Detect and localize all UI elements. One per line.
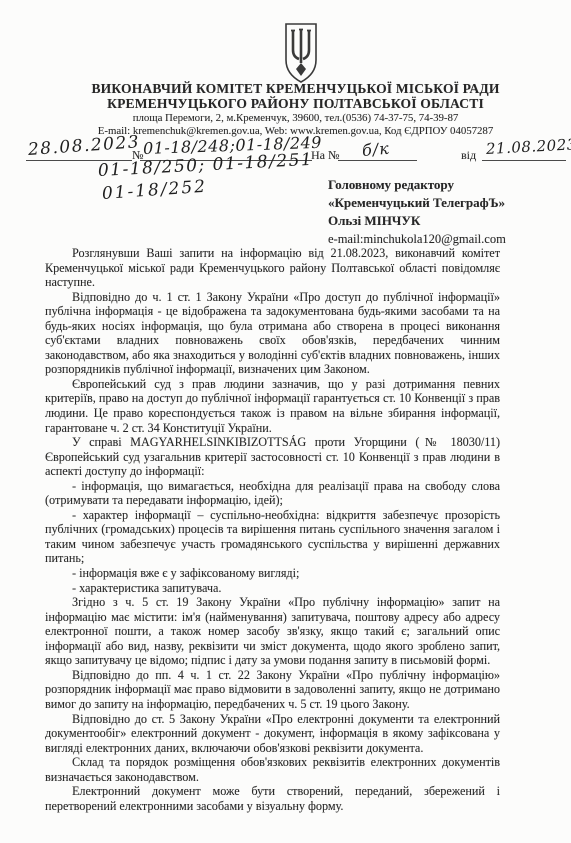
ukraine-trident-emblem-icon: [284, 22, 318, 84]
blank-underline: [338, 160, 417, 161]
org-name-line2: КРЕМЕНЧУЦЬКОГО РАЙОНУ ПОЛТАВСЬКОЇ ОБЛАСТ…: [20, 96, 571, 111]
org-address: площа Перемоги, 2, м.Кременчук, 39600, т…: [20, 112, 571, 124]
letter-body: Розглянувши Ваші запити на інформацію ві…: [45, 246, 500, 813]
recipient-name: Ользі МІНЧУК: [328, 212, 558, 230]
on-number-label: На №: [311, 148, 339, 163]
body-paragraph-3: Європейський суд з прав людини зазначив,…: [45, 377, 500, 435]
org-name-line1: ВИКОНАВЧИЙ КОМІТЕТ КРЕМЕНЧУЦЬКОЇ МІСЬКОЇ…: [20, 81, 571, 96]
body-paragraph-4: У справі MAGYARHELSINKIBIZOTTSÁG проти У…: [45, 435, 500, 479]
recipient-title: Головному редактору: [328, 176, 558, 194]
body-paragraph-9: Електронний документ може бути створений…: [45, 784, 500, 813]
incoming-number-handwritten: б/к: [361, 139, 390, 160]
body-paragraph-2: Відповідно до ч. 1 ст. 1 Закону України …: [45, 290, 500, 377]
letterhead: ВИКОНАВЧИЙ КОМІТЕТ КРЕМЕНЧУЦЬКОЇ МІСЬКОЇ…: [20, 81, 571, 137]
body-list-item-2: - характер інформації – суспільно-необхі…: [45, 508, 500, 566]
recipient-media: «Кременчуцький ТелеграфЪ»: [328, 194, 558, 212]
body-paragraph-7: Відповідно до ст. 5 Закону України «Про …: [45, 712, 500, 756]
incoming-date-handwritten: 21.08.2023: [486, 135, 571, 158]
recipient-block: Головному редактору «Кременчуцький Телег…: [328, 176, 558, 248]
body-paragraph-6: Відповідно до пп. 4 ч. 1 ст. 22 Закону У…: [45, 668, 500, 712]
body-paragraph-8: Склад та порядок розміщення обов'язкових…: [45, 755, 500, 784]
scanned-letter-page: ВИКОНАВЧИЙ КОМІТЕТ КРЕМЕНЧУЦЬКОЇ МІСЬКОЇ…: [0, 0, 571, 843]
body-paragraph-1: Розглянувши Ваші запити на інформацію ві…: [45, 246, 500, 290]
from-date-label: від: [461, 148, 476, 163]
blank-underline: [482, 160, 566, 161]
body-list-item-3: - інформація вже є у зафіксованому вигля…: [45, 566, 500, 581]
body-list-item-4: - характеристика запитувача.: [45, 581, 500, 596]
body-paragraph-5: Згідно з ч. 5 ст. 19 Закону України «Про…: [45, 595, 500, 668]
body-list-item-1: - інформація, що вимагається, необхідна …: [45, 479, 500, 508]
outgoing-number-line3-handwritten: 01-18/252: [101, 177, 207, 204]
